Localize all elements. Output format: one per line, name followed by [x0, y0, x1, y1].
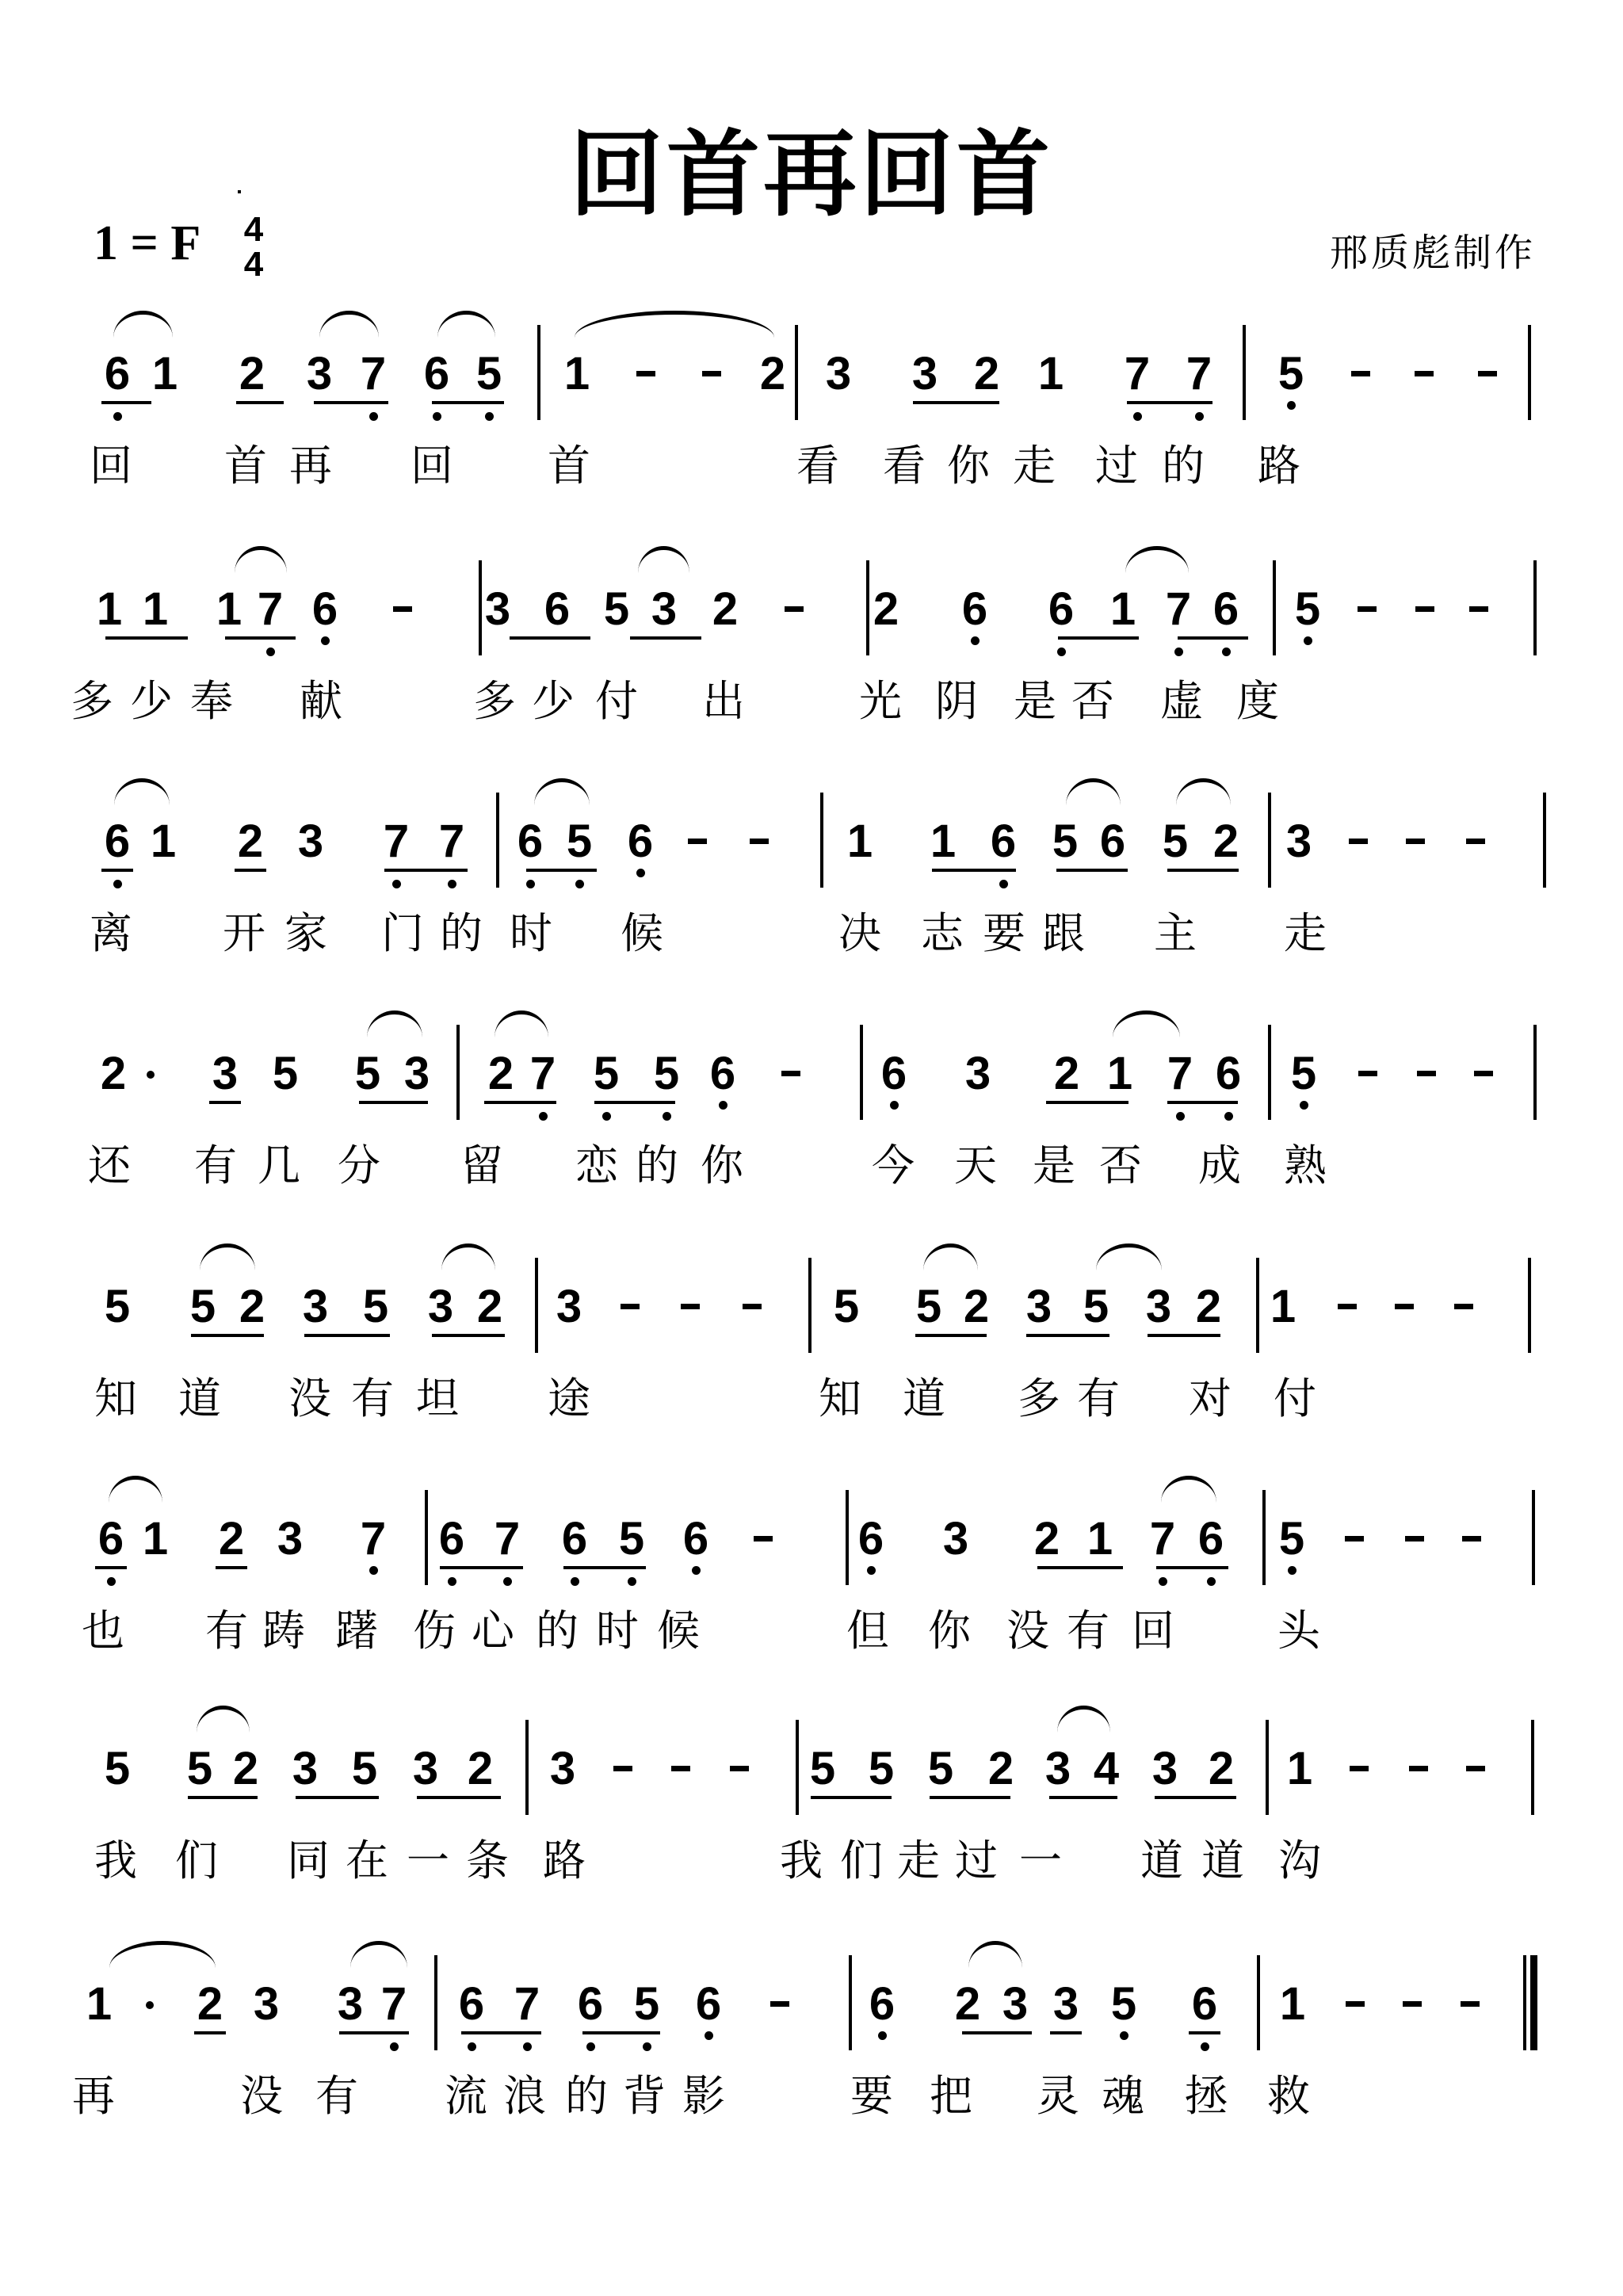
sixteenth-beam-short — [236, 401, 268, 404]
note-digit: 7 — [1182, 349, 1216, 399]
sustain-dash — [1338, 1304, 1357, 1309]
low-octave-dot — [575, 880, 584, 888]
sustain-dash — [1466, 839, 1485, 844]
note-digit: 1 — [1106, 584, 1140, 635]
lyric-char: 路 — [540, 1837, 588, 1885]
note-digit: 3 — [1148, 1744, 1182, 1794]
eighth-note-beam — [225, 636, 296, 640]
note-digit: 1 — [1102, 1049, 1137, 1099]
eighth-note-beam — [461, 2031, 541, 2034]
note-digit: 2 — [463, 1744, 498, 1794]
lyric-char: 有 — [203, 1607, 250, 1655]
lyric-char: 踌 — [260, 1607, 307, 1655]
sustain-dash — [1462, 1536, 1481, 1541]
low-octave-dot — [433, 412, 441, 421]
lyric-char: 们 — [173, 1837, 220, 1885]
low-octave-dot — [1207, 1577, 1216, 1586]
lyric-char: 献 — [297, 678, 345, 725]
lyric-char: 有 — [192, 1142, 239, 1190]
lyric-char: 多 — [1015, 1375, 1063, 1423]
low-octave-dot — [107, 1577, 116, 1586]
note-digit: 5 — [182, 1744, 217, 1794]
note-digit: 2 — [1209, 816, 1243, 867]
low-octave-dot — [628, 1577, 636, 1586]
note-digit: 2 — [869, 584, 903, 635]
lyric-char: 有 — [313, 2073, 361, 2120]
note-digit: 1 — [138, 584, 173, 635]
low-octave-dot — [390, 2042, 399, 2051]
lyric-char: 决 — [836, 910, 884, 957]
eighth-note-beam — [1167, 869, 1239, 872]
sustain-dash — [1461, 2001, 1480, 2007]
lyric-char: 知 — [92, 1375, 139, 1423]
eighth-note-beam — [1156, 1566, 1228, 1569]
note-digit: 4 — [1089, 1744, 1124, 1794]
note-digit: 6 — [1211, 1049, 1246, 1099]
eighth-note-beam — [1056, 869, 1128, 872]
lyric-char: 多 — [471, 678, 518, 725]
note-digit: 7 — [1145, 1514, 1180, 1564]
note-digit: 6 — [94, 1514, 128, 1564]
note-digit: 5 — [1079, 1282, 1113, 1332]
sixteenth-beam-short — [216, 1566, 247, 1569]
note-digit: 3 — [1281, 816, 1316, 867]
lyric-char: 要 — [980, 910, 1028, 957]
note-digit: 6 — [705, 1049, 740, 1099]
lyric-char: 魂 — [1099, 2073, 1147, 2120]
eighth-note-beam — [384, 869, 468, 872]
lyric-char: 光 — [857, 678, 904, 725]
low-octave-dot — [1224, 1112, 1233, 1121]
low-octave-dot — [971, 636, 980, 645]
note-digit: 3 — [938, 1514, 973, 1564]
sustain-dash — [1409, 1766, 1428, 1771]
note-digit: 6 — [876, 1049, 911, 1099]
sustain-dash — [1417, 1071, 1436, 1076]
bar-line — [1256, 1258, 1259, 1353]
note-digit: 3 — [907, 349, 942, 399]
low-octave-dot — [705, 2031, 713, 2040]
note-digit: 2 — [235, 349, 269, 399]
note-digit: 7 — [1161, 584, 1196, 635]
bar-line — [1243, 325, 1246, 420]
low-octave-dot — [448, 880, 456, 888]
eighth-note-beam — [913, 401, 999, 404]
low-octave-dot — [571, 1577, 579, 1586]
lyric-char: 们 — [838, 1837, 885, 1885]
sixteenth-beam-short — [95, 1566, 127, 1569]
note-digit: 3 — [647, 584, 682, 635]
note-digit: 2 — [193, 1979, 227, 2030]
lyric-char: 道 — [1199, 1837, 1247, 1885]
score-row: 23553275566321765还有几分留恋的你今天是否成熟 — [0, 1049, 1623, 1270]
bar-line — [535, 1258, 538, 1353]
note-digit: 5 — [472, 349, 506, 399]
bar-line — [866, 560, 869, 655]
note-digit: 3 — [302, 349, 337, 399]
score-row: 55235323555234321我们同在一条路我们走过一道道沟 — [0, 1744, 1623, 1966]
bar-line — [795, 325, 798, 420]
note-digit: 2 — [233, 816, 268, 867]
low-octave-dot — [266, 648, 275, 656]
low-octave-dot — [523, 2042, 532, 2051]
note-digit: 7 — [376, 1979, 411, 2030]
lyric-char: 一 — [1017, 1837, 1064, 1885]
bar-line — [1531, 1720, 1534, 1815]
lyric-char: 流 — [442, 2073, 490, 2120]
lyric-char: 候 — [618, 910, 666, 957]
low-octave-dot — [1120, 2031, 1128, 2040]
sustain-dash — [621, 1304, 640, 1309]
lyric-char: 走 — [1281, 910, 1329, 957]
note-digit: 1 — [147, 349, 182, 399]
slur-arc — [575, 311, 774, 338]
note-digit: 6 — [1209, 584, 1243, 635]
note-digit: 3 — [423, 1282, 458, 1332]
note-digit: 6 — [557, 1514, 592, 1564]
note-digit: 1 — [92, 584, 127, 635]
lyric-char: 几 — [255, 1142, 303, 1190]
eighth-note-beam — [962, 2031, 1032, 2034]
bar-line — [860, 1025, 863, 1120]
note-digit: 1 — [146, 816, 181, 867]
lyric-char: 的 — [563, 2073, 610, 2120]
low-octave-dot — [878, 2031, 887, 2040]
note-digit: 6 — [623, 816, 658, 867]
lyric-char: 救 — [1265, 2073, 1312, 2120]
sixteenth-beam-short — [101, 401, 133, 404]
low-octave-dot — [113, 412, 122, 421]
note-digit: 5 — [185, 1282, 220, 1332]
low-octave-dot — [503, 1577, 512, 1586]
note-digit: 5 — [1048, 816, 1083, 867]
bar-line — [537, 325, 540, 420]
eighth-note-beam — [932, 869, 1016, 872]
note-digit: 5 — [1106, 1979, 1141, 2030]
note-digit: 6 — [957, 584, 992, 635]
note-digit: 6 — [419, 349, 454, 399]
note-digit: 3 — [998, 1979, 1033, 2030]
lyric-char: 拯 — [1182, 2073, 1230, 2120]
slur-arc — [437, 311, 495, 338]
author-credit: 邢质彪制作 — [1330, 222, 1536, 277]
final-bar-thin — [1523, 1955, 1526, 2050]
sustain-dash — [1474, 1071, 1493, 1076]
low-octave-dot — [1287, 401, 1296, 410]
eighth-note-beam — [484, 1101, 556, 1104]
note-digit: 5 — [100, 1744, 135, 1794]
note-digit: 7 — [1163, 1049, 1197, 1099]
sustain-dash — [688, 839, 707, 844]
eighth-note-beam — [930, 1796, 1010, 1799]
low-octave-dot — [890, 1101, 899, 1110]
low-octave-dot — [1222, 648, 1231, 656]
note-digit: 2 — [1204, 1744, 1239, 1794]
sustain-dash — [1358, 1071, 1377, 1076]
lyric-char: 一 — [404, 1837, 452, 1885]
note-digit: 2 — [228, 1744, 263, 1794]
bar-line — [1268, 793, 1271, 888]
lyric-char: 要 — [848, 2073, 896, 2120]
note-digit: 3 — [545, 1744, 580, 1794]
note-digit: 5 — [649, 1049, 684, 1099]
sustain-dash — [1405, 1536, 1424, 1541]
bar-line — [796, 1720, 799, 1815]
bar-line — [820, 793, 823, 888]
lyric-char: 灵 — [1034, 2073, 1082, 2120]
eighth-note-beam — [339, 2031, 409, 2034]
score-row: 61237676566321765也有踌躇伤心的时候但你没有回头 — [0, 1514, 1623, 1736]
low-octave-dot — [369, 1566, 378, 1575]
note-digit: 2 — [1049, 1049, 1084, 1099]
lyric-char: 背 — [621, 2073, 668, 2120]
low-octave-dot — [392, 880, 401, 888]
low-octave-dot — [1288, 1566, 1296, 1575]
lyric-char: 但 — [844, 1607, 892, 1655]
sustain-dash — [681, 1304, 700, 1309]
lyric-char: 付 — [1271, 1375, 1319, 1423]
lyric-char: 有 — [1075, 1375, 1122, 1423]
eighth-note-beam — [630, 636, 701, 640]
low-octave-dot — [113, 880, 122, 888]
note-digit: 5 — [864, 1744, 899, 1794]
lyric-char: 有 — [349, 1375, 396, 1423]
eighth-note-beam — [1058, 636, 1139, 640]
bar-line — [496, 793, 499, 888]
note-digit: 2 — [214, 1514, 249, 1564]
note-digit: 3 — [1041, 1744, 1075, 1794]
bar-line — [1528, 1258, 1531, 1353]
note-digit: 3 — [208, 1049, 242, 1099]
lyric-char: 没 — [238, 2073, 285, 2120]
time-signature: 4 4 — [238, 212, 269, 282]
eighth-note-beam — [526, 869, 597, 872]
bar-line — [1262, 1490, 1266, 1585]
note-digit: 5 — [1274, 349, 1308, 399]
lyric-char: 熟 — [1281, 1142, 1329, 1190]
lyric-char: 是 — [1030, 1142, 1078, 1190]
lyric-char: 候 — [655, 1607, 702, 1655]
note-digit: 2 — [483, 1049, 518, 1099]
lyric-char: 回 — [87, 442, 135, 490]
eighth-note-beam — [417, 1796, 501, 1799]
time-fraction-line — [238, 190, 241, 193]
note-digit: 5 — [911, 1282, 946, 1332]
lyric-char: 影 — [680, 2073, 727, 2120]
sustain-dash — [702, 371, 721, 376]
note-digit: 2 — [755, 349, 790, 399]
lyric-char: 你 — [945, 442, 992, 490]
sheet-music-page: 回首再回首 1 = F 4 4 邢质彪制作 6123765123321775回首… — [0, 0, 1623, 2296]
note-digit: 6 — [307, 584, 342, 635]
low-octave-dot — [586, 2042, 595, 2051]
lyric-char: 过 — [953, 1837, 1000, 1885]
note-digit: 2 — [1029, 1514, 1064, 1564]
final-bar-line — [1523, 1955, 1539, 2050]
sixteenth-beam-short — [101, 869, 133, 872]
note-digit: 5 — [599, 584, 634, 635]
eighth-note-beam — [1178, 636, 1248, 640]
sustain-dash — [1415, 606, 1434, 612]
low-octave-dot — [692, 1566, 701, 1575]
lyric-char: 分 — [335, 1142, 383, 1190]
note-digit: 6 — [100, 816, 135, 867]
low-octave-dot — [1201, 2042, 1209, 2051]
lyric-char: 途 — [545, 1375, 593, 1423]
sustain-dash — [1345, 1536, 1364, 1541]
note-digit: 5 — [923, 1744, 958, 1794]
low-octave-dot — [1304, 636, 1312, 645]
note-digit: 7 — [434, 816, 469, 867]
lyric-char: 否 — [1069, 678, 1117, 725]
note-digit: 1 — [926, 816, 960, 867]
note-digit: 5 — [347, 1744, 382, 1794]
sustain-dash — [636, 371, 655, 376]
note-digit: 5 — [629, 1979, 664, 2030]
note-digit: 1 — [842, 816, 877, 867]
lyric-char: 道 — [900, 1375, 948, 1423]
note-digit: 1 — [559, 349, 594, 399]
note-digit: 2 — [472, 1282, 507, 1332]
low-octave-dot — [321, 636, 330, 645]
lyric-char: 看 — [880, 442, 928, 490]
note-digit: 6 — [691, 1979, 726, 2030]
note-digit: 7 — [253, 584, 288, 635]
eighth-note-beam — [359, 1101, 428, 1104]
note-digit: 5 — [100, 1282, 135, 1332]
dotted-note-dot — [146, 2001, 154, 2009]
sustain-dash — [781, 1071, 800, 1076]
lyric-char: 门 — [379, 910, 426, 957]
lyric-char: 你 — [926, 1607, 973, 1655]
bar-line — [479, 560, 482, 655]
sustain-dash — [1395, 1304, 1414, 1309]
lyric-char: 过 — [1093, 442, 1140, 490]
low-octave-dot — [485, 412, 494, 421]
low-octave-dot — [999, 880, 1008, 888]
note-digit: 6 — [1193, 1514, 1228, 1564]
sustain-dash — [750, 839, 769, 844]
low-octave-dot — [663, 1112, 671, 1121]
bar-line — [434, 1955, 437, 2050]
sustain-dash — [1454, 1304, 1473, 1309]
note-digit: 5 — [805, 1744, 840, 1794]
lyric-char: 阴 — [933, 678, 980, 725]
sustain-dash — [393, 606, 412, 612]
lyric-char: 跟 — [1040, 910, 1087, 957]
low-octave-dot — [867, 1566, 876, 1575]
eighth-note-beam — [188, 1796, 258, 1799]
eighth-note-beam — [594, 1101, 675, 1104]
note-digit: 6 — [678, 1514, 713, 1564]
score-row: 11176365322661765多少奉献多少付出光阴是否虚度 — [0, 584, 1623, 806]
note-digit: 3 — [821, 349, 856, 399]
sustain-dash — [1350, 1766, 1369, 1771]
lyric-char: 也 — [79, 1607, 127, 1655]
eighth-note-beam — [1049, 1796, 1117, 1799]
sustain-dash — [1346, 2001, 1365, 2007]
lyric-char: 的 — [633, 1142, 681, 1190]
note-digit: 3 — [399, 1049, 434, 1099]
lyric-char: 你 — [698, 1142, 746, 1190]
note-digit: 6 — [573, 1979, 608, 2030]
sixteenth-beam-short — [194, 2031, 226, 2034]
low-octave-dot — [719, 1101, 727, 1110]
sustain-dash — [1415, 371, 1434, 376]
lyric-char: 道 — [1138, 1837, 1186, 1885]
lyric-char: 的 — [533, 1607, 581, 1655]
score-row: 5523532355235321知道没有坦途知道多有对付 — [0, 1282, 1623, 1503]
note-digit: 6 — [100, 349, 135, 399]
slur-arc — [113, 311, 173, 338]
bar-line — [525, 1720, 529, 1815]
low-octave-dot — [369, 412, 378, 421]
note-digit: 6 — [1095, 816, 1130, 867]
note-digit: 7 — [356, 349, 391, 399]
note-digit: 6 — [540, 584, 575, 635]
lyric-char: 沟 — [1276, 1837, 1323, 1885]
note-digit: 5 — [614, 1514, 649, 1564]
lyric-char: 没 — [1004, 1607, 1052, 1655]
eighth-note-beam — [432, 1334, 505, 1337]
eighth-note-beam — [296, 1796, 379, 1799]
note-digit: 1 — [1083, 1514, 1117, 1564]
lyric-char: 志 — [918, 910, 966, 957]
low-octave-dot — [1174, 648, 1183, 656]
lyric-char: 同 — [285, 1837, 332, 1885]
eighth-note-beam — [582, 2031, 660, 2034]
eighth-note-beam — [432, 401, 504, 404]
bar-line — [1532, 1490, 1535, 1585]
note-digit: 3 — [333, 1979, 368, 2030]
lyric-char: 坦 — [414, 1375, 461, 1423]
lyric-char: 首 — [545, 442, 593, 490]
note-digit: 7 — [379, 816, 414, 867]
lyric-char: 时 — [594, 1607, 641, 1655]
bar-line — [1273, 560, 1276, 655]
sixteenth-beam-short — [1189, 2031, 1220, 2034]
sustain-dash — [743, 1304, 762, 1309]
note-digit: 2 — [950, 1979, 985, 2030]
note-digit: 1 — [82, 1979, 116, 2030]
lyric-char: 有 — [1064, 1607, 1112, 1655]
lyric-char: 伤 — [411, 1607, 458, 1655]
note-digit: 7 — [490, 1514, 525, 1564]
note-digit: 1 — [212, 584, 246, 635]
eighth-note-beam — [1155, 1796, 1236, 1799]
note-digit: 6 — [513, 816, 548, 867]
note-digit: 5 — [1286, 1049, 1321, 1099]
note-digit: 5 — [1158, 816, 1193, 867]
sustain-dash — [613, 1766, 632, 1771]
lyric-char: 没 — [286, 1375, 334, 1423]
key-signature: 1 = F — [94, 216, 200, 272]
eighth-note-beam — [440, 1566, 523, 1569]
sustain-dash — [1478, 371, 1497, 376]
note-digit: 5 — [589, 1049, 624, 1099]
lyric-char: 少 — [529, 678, 577, 725]
note-digit: 3 — [1141, 1282, 1176, 1332]
note-digit: 5 — [562, 816, 597, 867]
lyric-char: 离 — [87, 910, 135, 957]
sustain-dash — [1358, 606, 1377, 612]
lyric-char: 度 — [1234, 678, 1281, 725]
lyric-char: 躇 — [333, 1607, 380, 1655]
lyric-char: 再 — [70, 2073, 117, 2120]
lyric-char: 心 — [469, 1607, 517, 1655]
lyric-char: 今 — [869, 1142, 917, 1190]
note-digit: 5 — [358, 1282, 393, 1332]
